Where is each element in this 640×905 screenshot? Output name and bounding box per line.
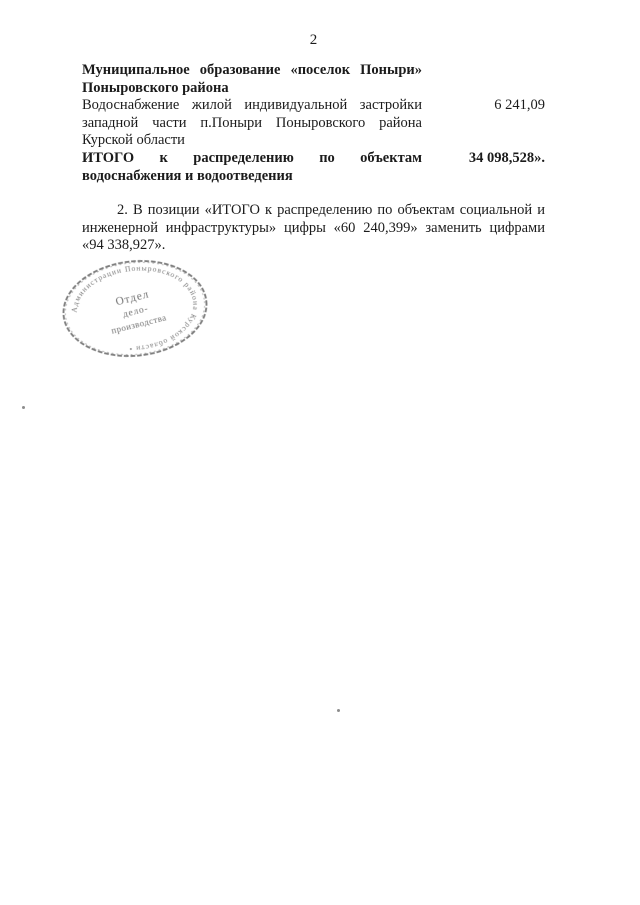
document-page: 2 Муниципальное образование «поселок Пон… bbox=[0, 0, 640, 905]
document-content: 2 Муниципальное образование «поселок Пон… bbox=[82, 30, 545, 255]
row-water-supply-value: 6 241,09 bbox=[422, 97, 545, 115]
row-total-value: 34 098,528». bbox=[422, 150, 545, 168]
page-number: 2 bbox=[82, 30, 545, 50]
amendment-table: Муниципальное образование «поселок Поныр… bbox=[82, 62, 545, 185]
row-total-text: ИТОГО к распределению по объектам водосн… bbox=[82, 150, 422, 185]
row-municipality-heading: Муниципальное образование «поселок Поныр… bbox=[82, 62, 422, 97]
row-water-supply-text: Водоснабжение жилой индивидуальной застр… bbox=[82, 97, 422, 150]
table-row: ИТОГО к распределению по объектам водосн… bbox=[82, 150, 545, 185]
table-row: Муниципальное образование «поселок Поныр… bbox=[82, 62, 545, 97]
table-row: Водоснабжение жилой индивидуальной застр… bbox=[82, 97, 545, 150]
scan-speck bbox=[22, 406, 25, 409]
office-stamp: Администрации Поныровского района Курско… bbox=[44, 241, 225, 375]
scan-speck bbox=[337, 709, 340, 712]
